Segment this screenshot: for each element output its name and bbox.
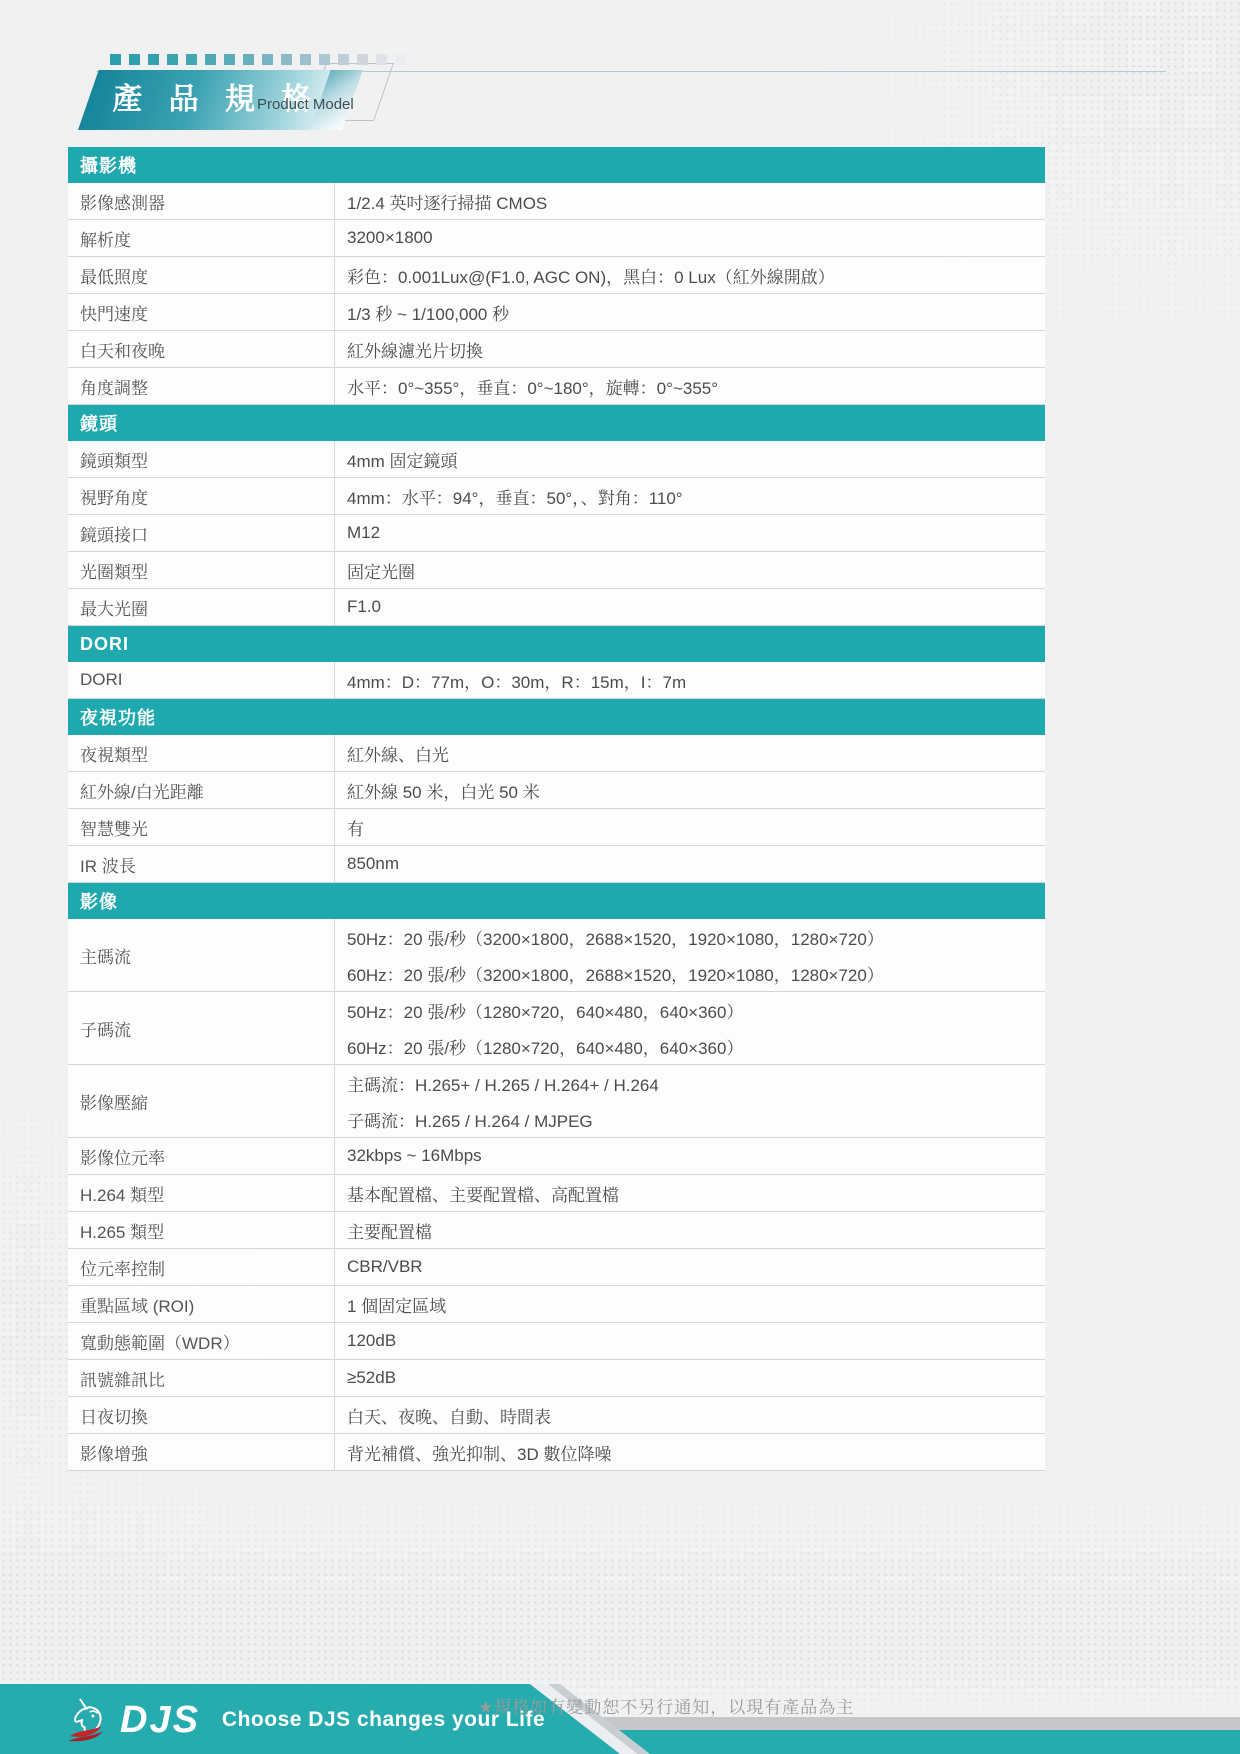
spec-value: 1 個固定區域 (335, 1286, 1045, 1322)
spec-row: 智慧雙光有 (68, 809, 1045, 846)
spec-label: 智慧雙光 (68, 809, 335, 845)
spec-value-line: 彩色：0.001Lux@(F1.0, AGC ON)，黑白：0 Lux（紅外線開… (347, 257, 1045, 293)
spec-label: 影像感測器 (68, 183, 335, 219)
spec-label: 最大光圈 (68, 589, 335, 625)
decorative-square (148, 54, 159, 65)
spec-value: 32kbps ~ 16Mbps (335, 1138, 1045, 1174)
spec-value: 1/3 秒 ~ 1/100,000 秒 (335, 294, 1045, 330)
spec-value-line: 固定光圈 (347, 552, 1045, 588)
spec-row: H.264 類型基本配置檔、主要配置檔、高配置檔 (68, 1175, 1045, 1212)
spec-row: 影像壓縮主碼流：H.265+ / H.265 / H.264+ / H.264子… (68, 1065, 1045, 1138)
spec-row: 位元率控制CBR/VBR (68, 1249, 1045, 1286)
section-header: 影像 (68, 883, 1045, 919)
spec-value: 4mm：水平：94°，垂直：50°，、對角：110° (335, 478, 1045, 514)
spec-value-line: 主要配置檔 (347, 1212, 1045, 1248)
spec-label: 視野角度 (68, 478, 335, 514)
spec-row: 夜視類型紅外線、白光 (68, 735, 1045, 772)
decorative-square (376, 54, 387, 65)
spec-row: 寬動態範圍（WDR）120dB (68, 1323, 1045, 1360)
spec-row: 紅外線/白光距離紅外線 50 米，白光 50 米 (68, 772, 1045, 809)
decorative-square (395, 54, 406, 65)
spec-label: H.265 類型 (68, 1212, 335, 1248)
spec-label: 光圈類型 (68, 552, 335, 588)
section-title: 鏡頭 (68, 410, 118, 436)
section-header: DORI (68, 626, 1045, 662)
spec-value-line: 紅外線、白光 (347, 735, 1045, 771)
decorative-square (110, 54, 121, 65)
spec-value-line: 850nm (347, 846, 1045, 882)
spec-value-line: 主碼流：H.265+ / H.265 / H.264+ / H.264 (347, 1065, 1045, 1101)
spec-value: 50Hz：20 張/秒（1280×720，640×480，640×360）60H… (335, 992, 1045, 1064)
spec-label: 影像位元率 (68, 1138, 335, 1174)
spec-label: 影像壓縮 (68, 1065, 335, 1137)
spec-value: F1.0 (335, 589, 1045, 625)
spec-value: 1/2.4 英吋逐行掃描 CMOS (335, 183, 1045, 219)
spec-row: 鏡頭類型4mm 固定鏡頭 (68, 441, 1045, 478)
spec-value-line: 1/3 秒 ~ 1/100,000 秒 (347, 294, 1045, 330)
spec-value-line: 1/2.4 英吋逐行掃描 CMOS (347, 183, 1045, 219)
spec-row: 影像增強背光補償、強光抑制、3D 數位降噪 (68, 1434, 1045, 1471)
decorative-square (357, 54, 368, 65)
spec-row: 訊號雜訊比≥52dB (68, 1360, 1045, 1397)
decorative-square (300, 54, 311, 65)
spec-value-line: 32kbps ~ 16Mbps (347, 1138, 1045, 1174)
spec-row: 日夜切換白天、夜晚、自動、時間表 (68, 1397, 1045, 1434)
spec-value-line: 120dB (347, 1323, 1045, 1359)
brand-logo-group: DJS Choose DJS changes your Life (62, 1692, 545, 1748)
spec-label: 主碼流 (68, 919, 335, 991)
decorative-square (243, 54, 254, 65)
section-header: 夜視功能 (68, 699, 1045, 735)
spec-value: 固定光圈 (335, 552, 1045, 588)
spec-row: H.265 類型主要配置檔 (68, 1212, 1045, 1249)
spec-value: 120dB (335, 1323, 1045, 1359)
spec-value: 主要配置檔 (335, 1212, 1045, 1248)
spec-row: 視野角度4mm：水平：94°，垂直：50°，、對角：110° (68, 478, 1045, 515)
spec-row: 重點區域 (ROI)1 個固定區域 (68, 1286, 1045, 1323)
section-header: 攝影機 (68, 147, 1045, 183)
decorative-square (205, 54, 216, 65)
spec-sheet-page: 產 品 規 格 Product Model 攝影機影像感測器1/2.4 英吋逐行… (0, 0, 1240, 1754)
decorative-square (262, 54, 273, 65)
decorative-squares-row (110, 54, 414, 65)
spec-label: 角度調整 (68, 368, 335, 404)
spec-value-line: CBR/VBR (347, 1249, 1045, 1285)
decorative-square (167, 54, 178, 65)
spec-value-line: 水平：0°~355°，垂直：0°~180°，旋轉：0°~355° (347, 368, 1045, 404)
spec-label: 訊號雜訊比 (68, 1360, 335, 1396)
spec-label: DORI (68, 662, 335, 698)
spec-row: 子碼流50Hz：20 張/秒（1280×720，640×480，640×360）… (68, 992, 1045, 1065)
spec-label: 最低照度 (68, 257, 335, 293)
spec-value-line: 50Hz：20 張/秒（3200×1800，2688×1520，1920×108… (347, 919, 1045, 955)
spec-value: 白天、夜晚、自動、時間表 (335, 1397, 1045, 1433)
spec-value: 50Hz：20 張/秒（3200×1800，2688×1520，1920×108… (335, 919, 1045, 991)
section-title: 影像 (68, 888, 118, 914)
spec-value-line: 子碼流：H.265 / H.264 / MJPEG (347, 1101, 1045, 1137)
spec-label: IR 波長 (68, 846, 335, 882)
spec-row: 主碼流50Hz：20 張/秒（3200×1800，2688×1520，1920×… (68, 919, 1045, 992)
spec-label: 夜視類型 (68, 735, 335, 771)
spec-row: IR 波長850nm (68, 846, 1045, 883)
section-header: 鏡頭 (68, 405, 1045, 441)
spec-value: 4mm：D：77m，O：30m，R：15m，I：7m (335, 662, 1045, 698)
spec-label: 白天和夜晚 (68, 331, 335, 367)
spec-row: 光圈類型固定光圈 (68, 552, 1045, 589)
spec-label: 日夜切換 (68, 1397, 335, 1433)
spec-value-line: 白天、夜晚、自動、時間表 (347, 1397, 1045, 1433)
spec-row: 影像感測器1/2.4 英吋逐行掃描 CMOS (68, 183, 1045, 220)
spec-value-line: 60Hz：20 張/秒（3200×1800，2688×1520，1920×108… (347, 955, 1045, 991)
spec-label: 鏡頭接口 (68, 515, 335, 551)
spec-value-line: 基本配置檔、主要配置檔、高配置檔 (347, 1175, 1045, 1211)
spec-label: 寬動態範圍（WDR） (68, 1323, 335, 1359)
spec-value-line: 紅外線 50 米，白光 50 米 (347, 772, 1045, 808)
decorative-square (281, 54, 292, 65)
spec-value: M12 (335, 515, 1045, 551)
spec-value-line: ≥52dB (347, 1360, 1045, 1396)
spec-value-line: M12 (347, 515, 1045, 551)
spec-value-line: 有 (347, 809, 1045, 845)
spec-label: 位元率控制 (68, 1249, 335, 1285)
decorative-square (319, 54, 330, 65)
spec-label: 紅外線/白光距離 (68, 772, 335, 808)
spec-label: 快門速度 (68, 294, 335, 330)
spec-row: 解析度3200×1800 (68, 220, 1045, 257)
spec-value-line: 50Hz：20 張/秒（1280×720，640×480，640×360） (347, 992, 1045, 1028)
djs-unicorn-logo-icon (62, 1692, 114, 1748)
footer-gray-strip (560, 1717, 1240, 1730)
spec-row: 白天和夜晚紅外線濾光片切換 (68, 331, 1045, 368)
spec-value: 3200×1800 (335, 220, 1045, 256)
section-title: DORI (68, 634, 129, 655)
spec-value: 紅外線 50 米，白光 50 米 (335, 772, 1045, 808)
spec-value: 4mm 固定鏡頭 (335, 441, 1045, 477)
decorative-square (338, 54, 349, 65)
brand-slogan: Choose DJS changes your Life (222, 1694, 545, 1746)
spec-label: 鏡頭類型 (68, 441, 335, 477)
spec-label: 影像增強 (68, 1434, 335, 1470)
page-subtitle: Product Model (257, 96, 354, 113)
spec-value: 主碼流：H.265+ / H.265 / H.264+ / H.264子碼流：H… (335, 1065, 1045, 1137)
spec-value: CBR/VBR (335, 1249, 1045, 1285)
spec-row: 快門速度1/3 秒 ~ 1/100,000 秒 (68, 294, 1045, 331)
spec-value-line: 背光補償、強光抑制、3D 數位降噪 (347, 1434, 1045, 1470)
spec-value-line: 4mm：水平：94°，垂直：50°，、對角：110° (347, 478, 1045, 514)
section-title: 夜視功能 (68, 704, 156, 730)
spec-value: 基本配置檔、主要配置檔、高配置檔 (335, 1175, 1045, 1211)
decorative-square (224, 54, 235, 65)
brand-name: DJS (120, 1694, 200, 1746)
spec-value-line: 4mm 固定鏡頭 (347, 441, 1045, 477)
spec-value-line: 紅外線濾光片切換 (347, 331, 1045, 367)
spec-value: ≥52dB (335, 1360, 1045, 1396)
section-title: 攝影機 (68, 152, 137, 178)
spec-label: 解析度 (68, 220, 335, 256)
spec-value-line: 3200×1800 (347, 220, 1045, 256)
spec-row: 角度調整水平：0°~355°，垂直：0°~180°，旋轉：0°~355° (68, 368, 1045, 405)
spec-value: 彩色：0.001Lux@(F1.0, AGC ON)，黑白：0 Lux（紅外線開… (335, 257, 1045, 293)
spec-value-line: 4mm：D：77m，O：30m，R：15m，I：7m (347, 662, 1045, 698)
spec-label: 重點區域 (ROI) (68, 1286, 335, 1322)
spec-row: 最低照度彩色：0.001Lux@(F1.0, AGC ON)，黑白：0 Lux（… (68, 257, 1045, 294)
spec-value: 850nm (335, 846, 1045, 882)
spec-label: H.264 類型 (68, 1175, 335, 1211)
spec-table: 攝影機影像感測器1/2.4 英吋逐行掃描 CMOS解析度3200×1800最低照… (68, 147, 1045, 1471)
spec-row: 影像位元率32kbps ~ 16Mbps (68, 1138, 1045, 1175)
spec-value: 紅外線、白光 (335, 735, 1045, 771)
decorative-square (129, 54, 140, 65)
spec-value-line: 1 個固定區域 (347, 1286, 1045, 1322)
spec-value-line: F1.0 (347, 589, 1045, 625)
spec-value: 背光補償、強光抑制、3D 數位降噪 (335, 1434, 1045, 1470)
decorative-square (186, 54, 197, 65)
spec-value: 紅外線濾光片切換 (335, 331, 1045, 367)
spec-value-line: 60Hz：20 張/秒（1280×720，640×480，640×360） (347, 1028, 1045, 1064)
spec-row: 最大光圈F1.0 (68, 589, 1045, 626)
spec-row: DORI4mm：D：77m，O：30m，R：15m，I：7m (68, 662, 1045, 699)
spec-value: 水平：0°~355°，垂直：0°~180°，旋轉：0°~355° (335, 368, 1045, 404)
spec-row: 鏡頭接口M12 (68, 515, 1045, 552)
spec-value: 有 (335, 809, 1045, 845)
spec-label: 子碼流 (68, 992, 335, 1064)
